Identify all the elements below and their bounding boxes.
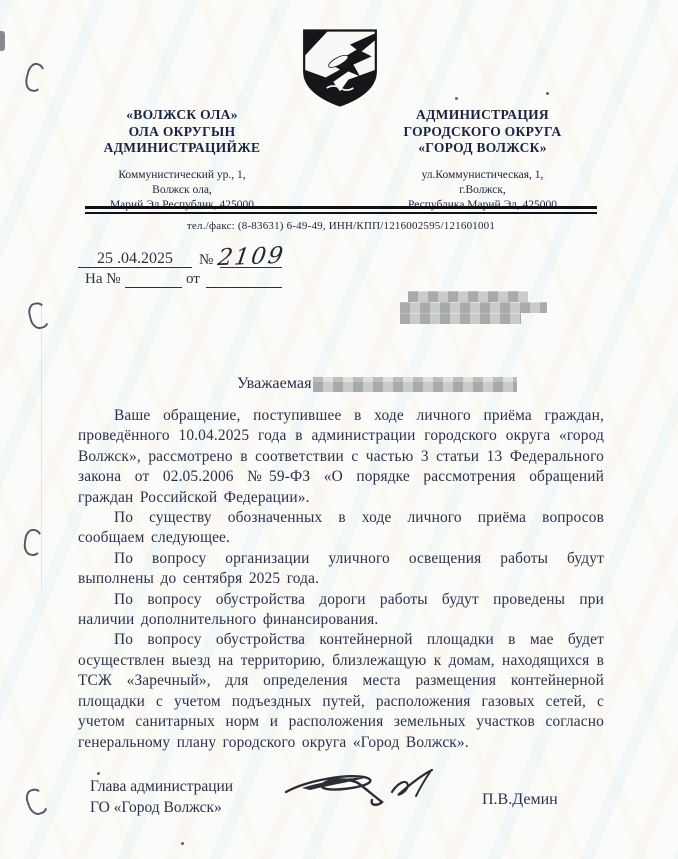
handwritten-signature: [280, 766, 450, 814]
org-line: АДМИНИСТРАЦИЙЖЕ: [70, 140, 294, 157]
outgoing-date-field: 25 .04.2025: [78, 250, 192, 268]
outgoing-number-field: 2109: [220, 250, 282, 268]
signer-title: Глава администрации ГО «Город Волжск»: [90, 776, 233, 818]
address-line: г.Волжск,: [390, 183, 575, 198]
scan-artifact-ring: [23, 61, 48, 94]
scan-crease-line: [41, 300, 42, 590]
redacted-recipient-line-3: [400, 313, 521, 324]
letterhead-right: АДМИНИСТРАЦИЯ ГОРОДСКОГО ОКРУГА «ГОРОД В…: [390, 107, 575, 213]
address-line: Коммунистический ур., 1,: [70, 168, 294, 183]
org-line: АДМИНИСТРАЦИЯ: [390, 107, 575, 124]
signer-title-line: ГО «Город Волжск»: [90, 797, 233, 818]
salutation: Уважаемая: [237, 374, 312, 393]
address-line: Волжск ола,: [70, 183, 294, 198]
org-name-mari: «ВОЛЖСК ОЛА» ОЛА ОКРУГЫН АДМИНИСТРАЦИЙЖЕ: [70, 107, 294, 157]
org-line: «ВОЛЖСК ОЛА»: [70, 107, 294, 124]
paragraph: По существу обозначенных в ходе личного …: [78, 508, 604, 549]
scan-speck: [546, 92, 549, 95]
paragraph: По вопросу обустройства контейнерной пло…: [78, 630, 604, 752]
paragraph: По вопросу обустройства дороги работы бу…: [78, 590, 604, 631]
scan-speck: [181, 842, 184, 845]
reply-date-blank: [206, 271, 282, 288]
scan-artifact-ring: [26, 300, 52, 331]
signer-title-line: Глава администрации: [90, 776, 233, 797]
paragraph: Ваше обращение, поступившее в ходе лично…: [78, 406, 604, 508]
contact-line: тел./факс: (8-83631) 6-49-49, ИНН/КПП/12…: [85, 220, 597, 232]
letterhead-left: «ВОЛЖСК ОЛА» ОЛА ОКРУГЫН АДМИНИСТРАЦИЙЖЕ…: [70, 107, 294, 213]
letter-body: Ваше обращение, поступившее в ходе лично…: [78, 406, 604, 753]
signer-name: П.В.Демин: [482, 791, 558, 809]
paragraph: По вопросу организации уличного освещени…: [78, 549, 604, 590]
reply-to-label: На №: [85, 271, 121, 288]
handwritten-number: 2109: [216, 243, 287, 271]
address-line: ул.Коммунистическая, 1,: [390, 168, 575, 183]
letterhead-divider: [85, 206, 597, 214]
outgoing-date: 25 .04.2025: [97, 250, 173, 267]
scanned-letter-page: «ВОЛЖСК ОЛА» ОЛА ОКРУГЫН АДМИНИСТРАЦИЙЖЕ…: [0, 0, 678, 859]
coat-of-arms-icon: [298, 28, 382, 108]
scan-artifact-ring: [23, 785, 51, 817]
org-line: «ГОРОД ВОЛЖСК»: [390, 140, 575, 157]
scan-speck: [455, 97, 458, 100]
scan-edge-smudge: [0, 31, 5, 51]
redacted-recipient-line-2: [400, 302, 547, 313]
reply-from-label: от: [186, 271, 200, 288]
redacted-recipient-name: [313, 377, 517, 392]
reply-number-blank: [125, 271, 182, 288]
redacted-recipient-line-1: [408, 291, 528, 302]
number-sign-label: №: [199, 252, 213, 269]
org-line: ГОРОДСКОГО ОКРУГА: [390, 124, 575, 141]
org-name-russian: АДМИНИСТРАЦИЯ ГОРОДСКОГО ОКРУГА «ГОРОД В…: [390, 107, 575, 157]
scan-speck: [97, 772, 100, 775]
org-line: ОЛА ОКРУГЫН: [70, 124, 294, 141]
